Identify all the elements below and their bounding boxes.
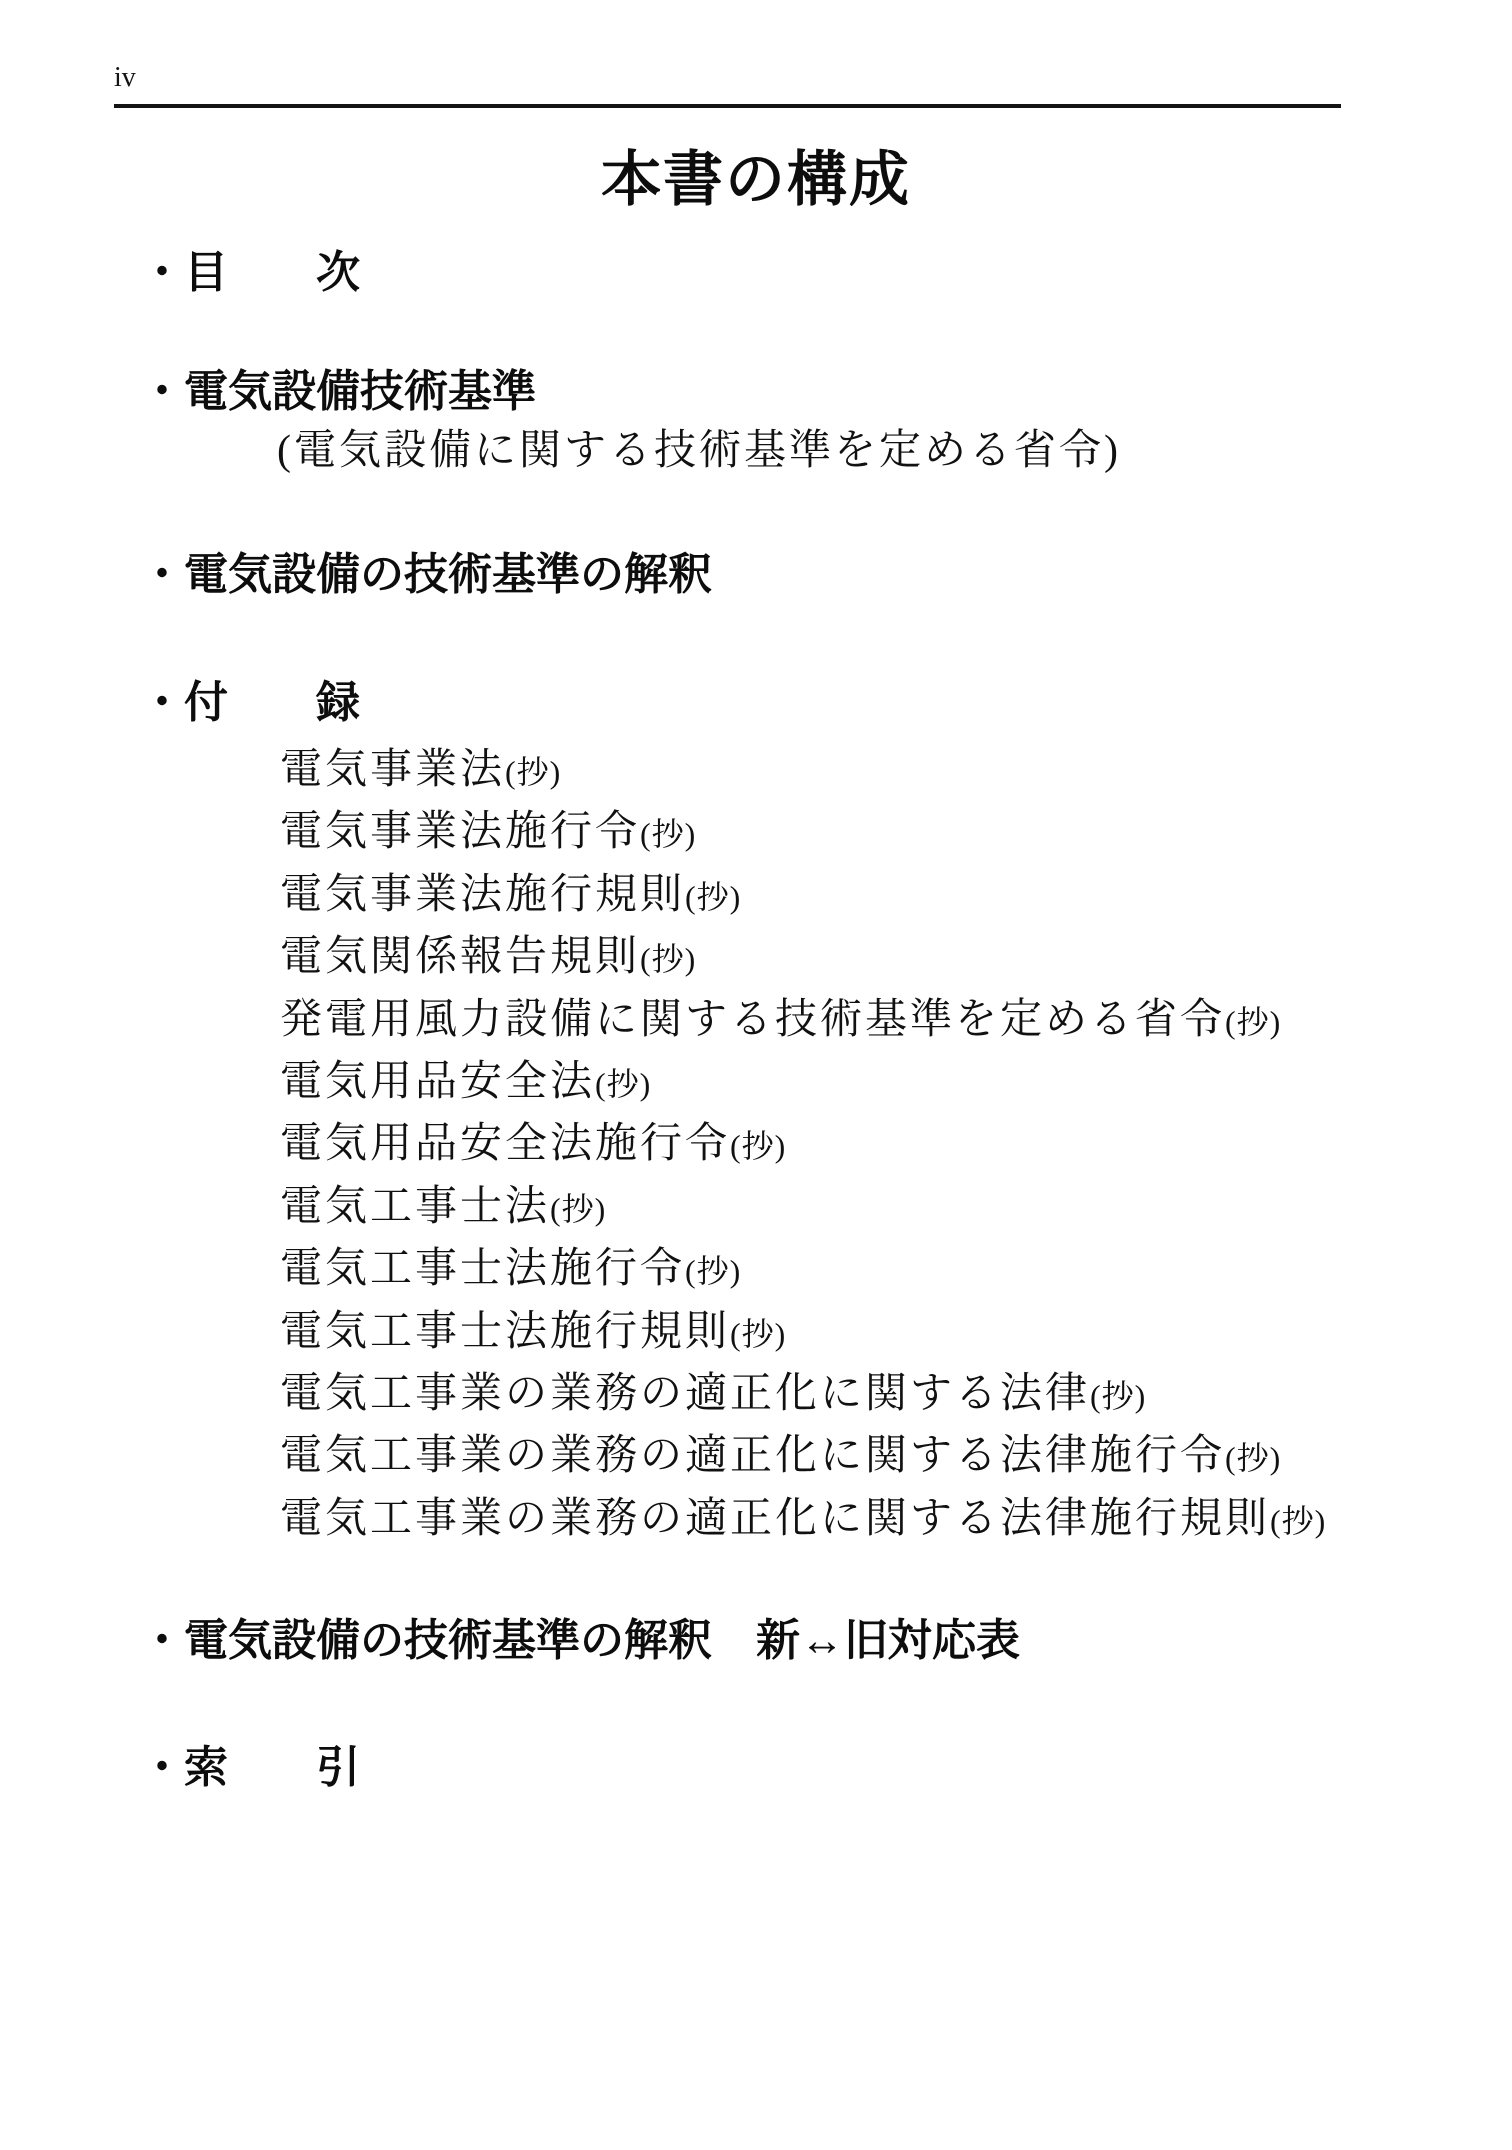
appendix-item: 電気関係報告規則(抄): [280, 926, 1326, 988]
appendix-item: 電気工事業の業務の適正化に関する法律施行規則(抄): [280, 1488, 1326, 1550]
appendix-item-mark: (抄): [685, 879, 741, 915]
appendix-item-mark: (抄): [1270, 1503, 1326, 1539]
bullet-icon: ・: [140, 370, 184, 414]
book-page: iv 本書の構成 ・目 次 ・電気設備技術基準 (電気設備に関する技術基準を定め…: [0, 0, 1512, 2150]
appendix-item: 電気工事業の業務の適正化に関する法律(抄): [280, 1363, 1326, 1425]
section-index: ・索 引: [140, 1746, 360, 1790]
appendix-item-mark: (抄): [550, 1191, 606, 1227]
bullet-icon: ・: [140, 1619, 184, 1663]
section-tech-standard-label: 電気設備技術基準: [184, 367, 536, 416]
appendix-item: 電気事業法(抄): [280, 739, 1326, 801]
appendix-item-name: 電気事業法施行規則: [280, 872, 685, 918]
appendix-item-name: 電気工事士法施行令: [280, 1246, 685, 1292]
appendix-item: 発電用風力設備に関する技術基準を定める省令(抄): [280, 989, 1326, 1051]
appendix-item-name: 電気用品安全法施行令: [280, 1121, 730, 1167]
appendix-item: 電気工事士法(抄): [280, 1176, 1326, 1238]
section-interpretation: ・電気設備の技術基準の解釈: [140, 553, 712, 597]
section-appendix: ・付 録: [140, 681, 360, 725]
appendix-item: 電気用品安全法施行令(抄): [280, 1113, 1326, 1175]
appendix-item-name: 電気関係報告規則: [280, 934, 640, 980]
section-interpretation-label: 電気設備の技術基準の解釈: [184, 550, 712, 599]
appendix-item-mark: (抄): [685, 1253, 741, 1289]
section-toc: ・目 次: [140, 251, 360, 295]
section-correspondence-label: 電気設備の技術基準の解釈 新↔旧対応表: [184, 1616, 1020, 1665]
section-correspondence: ・電気設備の技術基準の解釈 新↔旧対応表: [140, 1619, 1020, 1663]
appendix-item-name: 電気工事士法施行規則: [280, 1309, 730, 1355]
section-toc-label: 目 次: [184, 248, 360, 297]
appendix-item-name: 電気工事士法: [280, 1184, 550, 1230]
appendix-item-mark: (抄): [730, 1316, 786, 1352]
appendix-item-mark: (抄): [595, 1066, 651, 1102]
appendix-item-mark: (抄): [505, 754, 561, 790]
appendix-item-name: 電気事業法: [280, 747, 505, 793]
appendix-item: 電気事業法施行令(抄): [280, 801, 1326, 863]
bullet-icon: ・: [140, 251, 184, 295]
appendix-item-name: 電気工事業の業務の適正化に関する法律施行規則: [280, 1496, 1270, 1542]
section-index-label: 索 引: [184, 1743, 360, 1792]
bullet-icon: ・: [140, 681, 184, 725]
tech-standard-note: (電気設備に関する技術基準を定める省令): [277, 427, 1121, 475]
appendix-item-mark: (抄): [640, 816, 696, 852]
appendix-item-mark: (抄): [730, 1128, 786, 1164]
appendix-item: 電気事業法施行規則(抄): [280, 864, 1326, 926]
appendix-item: 電気工事業の業務の適正化に関する法律施行令(抄): [280, 1425, 1326, 1487]
bullet-icon: ・: [140, 553, 184, 597]
appendix-item-name: 電気工事業の業務の適正化に関する法律施行令: [280, 1433, 1225, 1479]
section-tech-standard: ・電気設備技術基準: [140, 370, 536, 414]
appendix-item: 電気用品安全法(抄): [280, 1051, 1326, 1113]
page-title: 本書の構成: [0, 150, 1512, 210]
appendix-item-name: 電気用品安全法: [280, 1059, 595, 1105]
bullet-icon: ・: [140, 1746, 184, 1790]
appendix-list: 電気事業法(抄) 電気事業法施行令(抄) 電気事業法施行規則(抄) 電気関係報告…: [280, 739, 1326, 1550]
appendix-item-mark: (抄): [1090, 1378, 1146, 1414]
appendix-item-mark: (抄): [1225, 1440, 1281, 1476]
appendix-item-name: 発電用風力設備に関する技術基準を定める省令: [280, 997, 1225, 1043]
section-appendix-label: 付 録: [184, 678, 360, 727]
appendix-item-mark: (抄): [640, 941, 696, 977]
appendix-item: 電気工事士法施行令(抄): [280, 1238, 1326, 1300]
appendix-item: 電気工事士法施行規則(抄): [280, 1301, 1326, 1363]
appendix-item-mark: (抄): [1225, 1004, 1281, 1040]
header-rule: [114, 104, 1341, 108]
appendix-item-name: 電気事業法施行令: [280, 809, 640, 855]
page-number: iv: [114, 63, 136, 94]
appendix-item-name: 電気工事業の業務の適正化に関する法律: [280, 1371, 1090, 1417]
